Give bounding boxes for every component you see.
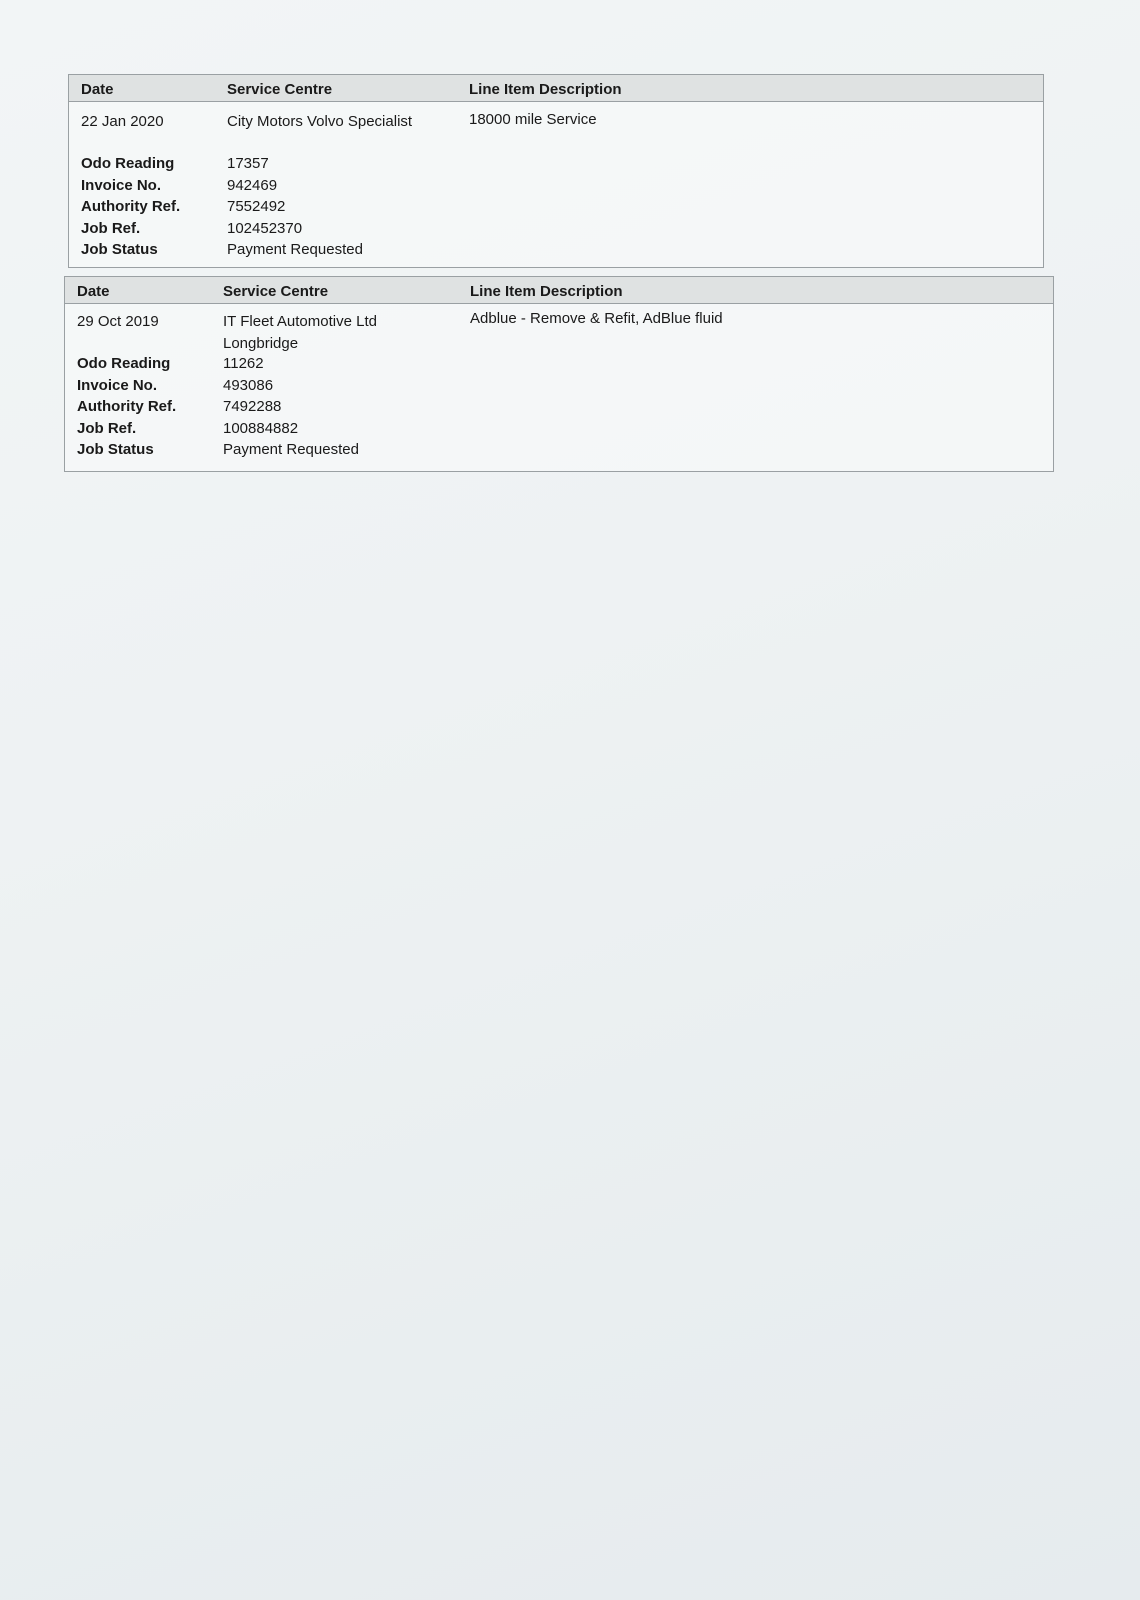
record-date: 22 Jan 2020 — [81, 111, 164, 133]
field-value: Payment Requested — [227, 241, 363, 258]
service-centre-line1: City Motors Volvo Specialist — [227, 111, 412, 133]
field-value: 7492288 — [223, 398, 281, 415]
record-header: Date Service Centre Line Item Descriptio… — [65, 277, 1053, 304]
field-label: Authority Ref. — [81, 198, 180, 215]
field-label: Invoice No. — [81, 177, 161, 194]
field-job-status: Job Status Payment Requested — [65, 441, 1053, 463]
record-line-item: Adblue - Remove & Refit, AdBlue fluid — [470, 308, 723, 330]
field-job-ref: Job Ref. 102452370 — [69, 220, 1043, 242]
record-service-centre: IT Fleet Automotive Ltd Longbridge — [223, 311, 377, 355]
field-label: Odo Reading — [77, 355, 170, 372]
record-header: Date Service Centre Line Item Descriptio… — [69, 75, 1043, 102]
field-invoice-no: Invoice No. 942469 — [69, 177, 1043, 199]
column-header-line-item: Line Item Description — [470, 283, 623, 300]
service-centre-line2: Longbridge — [223, 333, 377, 355]
service-record-2: Date Service Centre Line Item Descriptio… — [64, 276, 1054, 472]
field-value: 11262 — [223, 355, 264, 372]
field-label: Authority Ref. — [77, 398, 176, 415]
field-odo-reading: Odo Reading 17357 — [69, 155, 1043, 177]
column-header-service-centre: Service Centre — [227, 81, 332, 98]
field-label: Odo Reading — [81, 155, 174, 172]
field-value: 100884882 — [223, 420, 298, 437]
field-value: 7552492 — [227, 198, 285, 215]
field-invoice-no: Invoice No. 493086 — [65, 377, 1053, 399]
field-value: 102452370 — [227, 220, 302, 237]
field-value: 493086 — [223, 377, 273, 394]
service-record-1: Date Service Centre Line Item Descriptio… — [68, 74, 1044, 268]
record-fields: Odo Reading 17357 Invoice No. 942469 Aut… — [69, 155, 1043, 263]
field-label: Job Status — [77, 441, 154, 458]
field-odo-reading: Odo Reading 11262 — [65, 355, 1053, 377]
service-centre-line1: IT Fleet Automotive Ltd — [223, 311, 377, 333]
column-header-line-item: Line Item Description — [469, 81, 622, 98]
record-date: 29 Oct 2019 — [77, 311, 159, 333]
record-fields: Odo Reading 11262 Invoice No. 493086 Aut… — [65, 355, 1053, 463]
record-line-item: 18000 mile Service — [469, 109, 597, 131]
field-job-status: Job Status Payment Requested — [69, 241, 1043, 263]
column-header-date: Date — [77, 283, 110, 300]
field-label: Job Ref. — [81, 220, 140, 237]
field-label: Invoice No. — [77, 377, 157, 394]
field-job-ref: Job Ref. 100884882 — [65, 420, 1053, 442]
field-value: Payment Requested — [223, 441, 359, 458]
column-header-date: Date — [81, 81, 114, 98]
field-label: Job Status — [81, 241, 158, 258]
field-value: 942469 — [227, 177, 277, 194]
field-value: 17357 — [227, 155, 269, 172]
field-authority-ref: Authority Ref. 7492288 — [65, 398, 1053, 420]
column-header-service-centre: Service Centre — [223, 283, 328, 300]
field-label: Job Ref. — [77, 420, 136, 437]
record-service-centre: City Motors Volvo Specialist — [227, 111, 412, 133]
field-authority-ref: Authority Ref. 7552492 — [69, 198, 1043, 220]
